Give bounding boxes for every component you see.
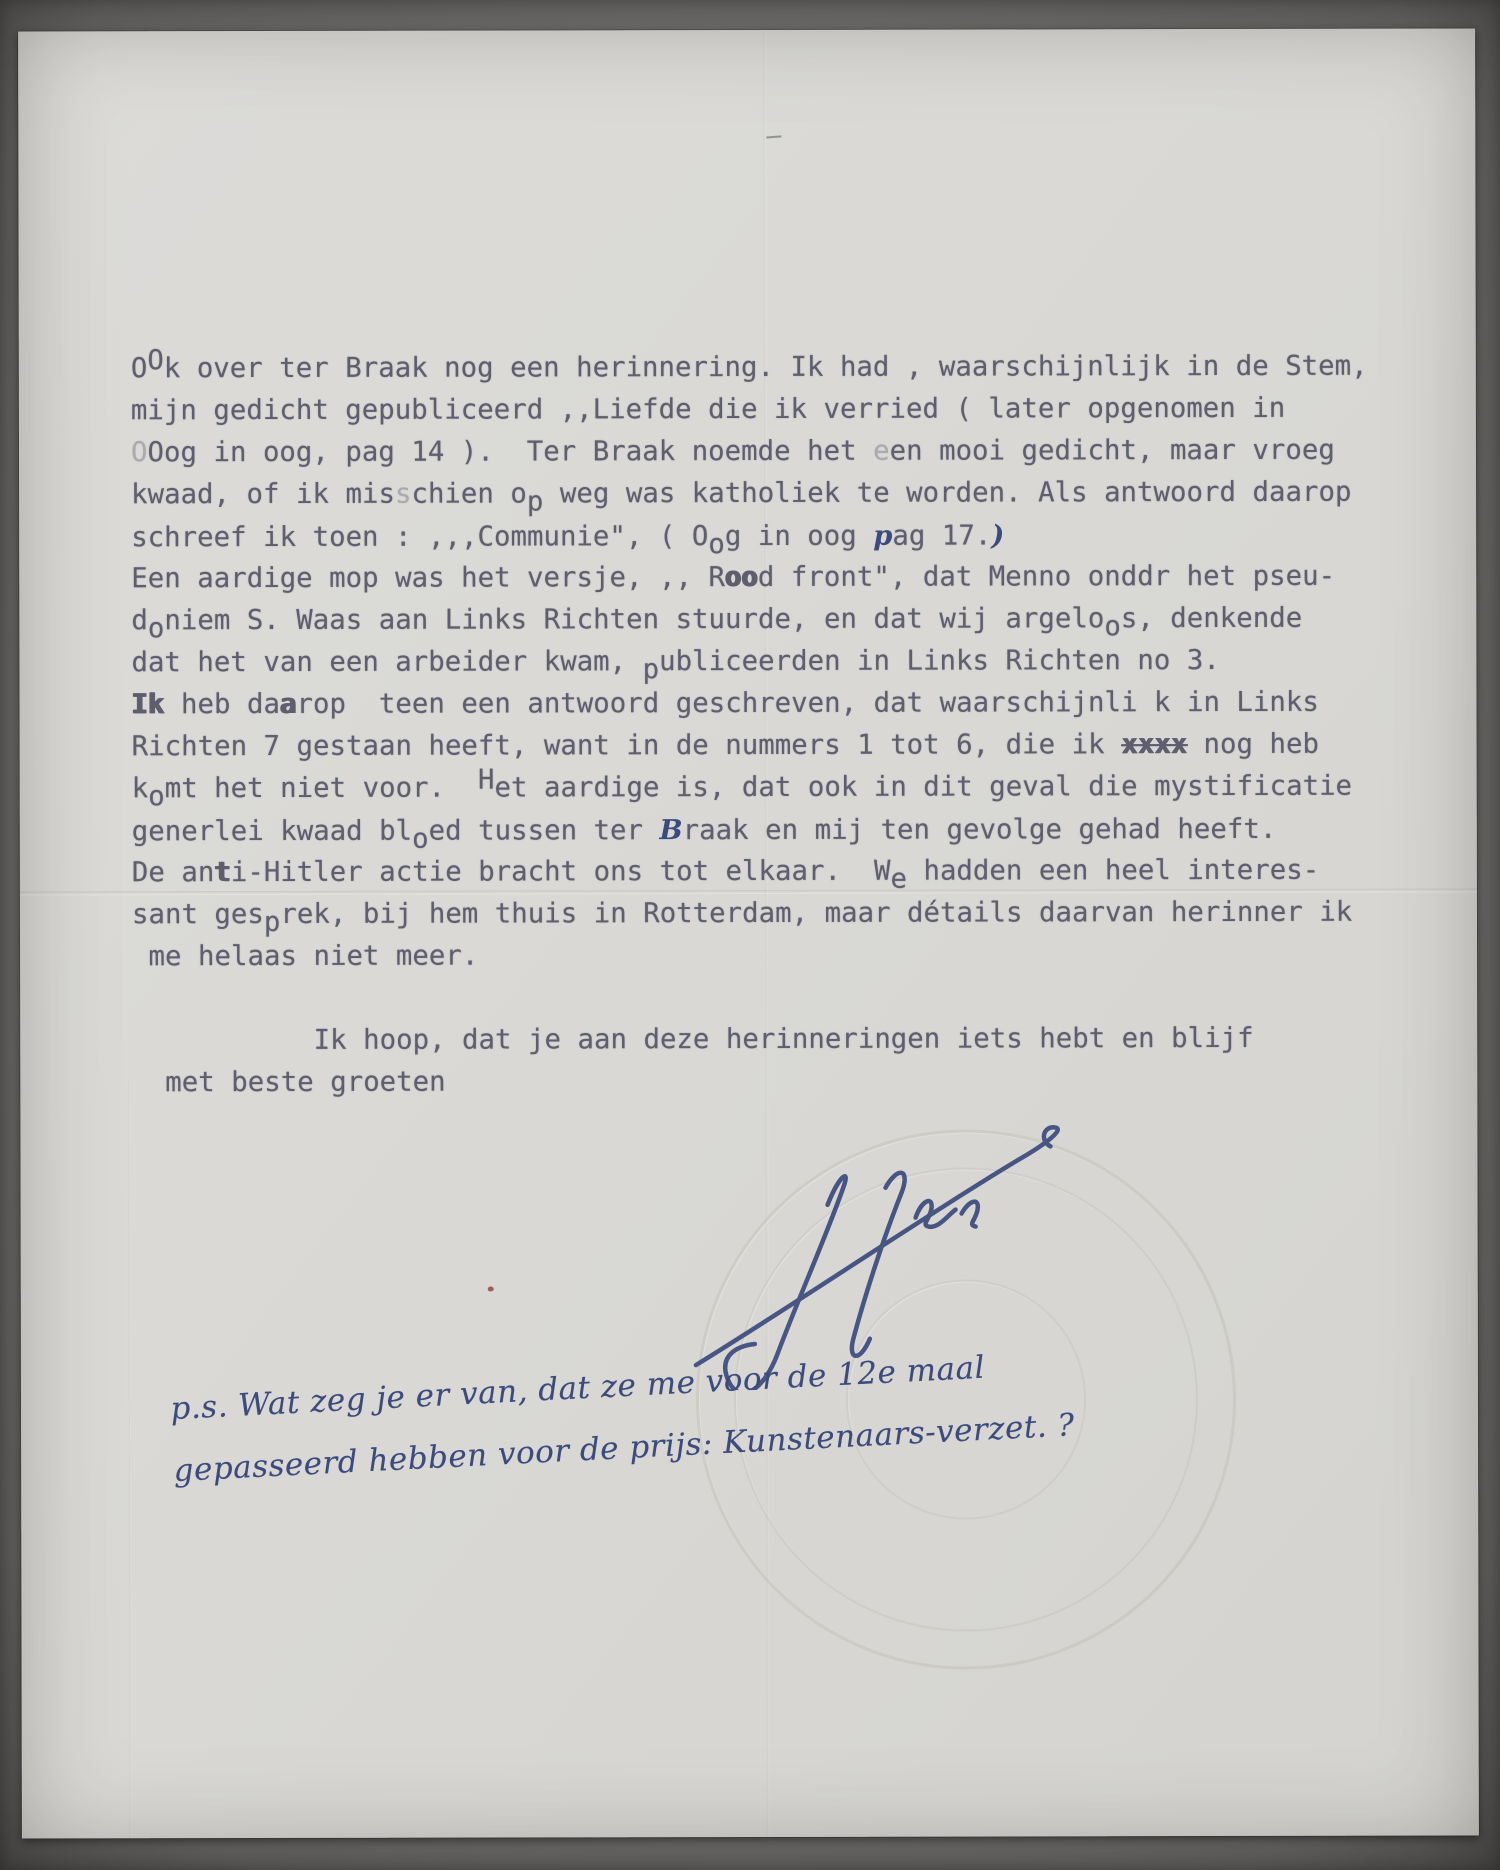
text-line: mijn gedicht gepubliceerd ,,Liefde die i…: [131, 388, 1368, 433]
handwritten-postscript: p.s. Wat zeg je er van, dat ze me voor d…: [169, 1324, 1234, 1502]
text-line: schreef ik toen : ,,,Communie", ( Oog in…: [131, 514, 1368, 559]
letter-closing: Ik hoop, dat je aan deze herinneringen i…: [132, 1018, 1369, 1105]
text-line: Ik hoop, dat je aan deze herinneringen i…: [132, 1018, 1369, 1063]
ink-speck: [488, 1287, 494, 1292]
text-line: me helaas niet meer.: [132, 934, 1369, 979]
text-line: OOk over ter Braak nog een herinnering. …: [131, 346, 1368, 391]
letter-body: OOk over ter Braak nog een herinnering. …: [131, 346, 1369, 1105]
text-line: Een aardige mop was het versje, ,, Rood …: [131, 556, 1368, 601]
letter-page: OOk over ter Braak nog een herinnering. …: [18, 28, 1479, 1838]
text-line: kwaad, of ik misschien op weg was kathol…: [131, 472, 1368, 517]
letter-body-paragraphs: OOk over ter Braak nog een herinnering. …: [131, 346, 1369, 979]
text-line: doniem S. Waas aan Links Richten stuurde…: [131, 598, 1368, 643]
photo-background: OOk over ter Braak nog een herinnering. …: [0, 0, 1500, 1870]
text-line: komt het niet voor. Het aardige is, dat …: [132, 766, 1369, 811]
pencil-mark: [766, 135, 781, 138]
text-line: met beste groeten: [132, 1060, 1369, 1105]
text-line: generlei kwaad bloed tussen ter Braak en…: [132, 808, 1369, 853]
text-line: dat het van een arbeider kwam, publiceer…: [131, 640, 1368, 685]
text-line: Ik heb daarop teen een antwoord geschrev…: [131, 682, 1368, 727]
text-line: Richten 7 gestaan heeft, want in de numm…: [132, 724, 1369, 769]
text-line: sant gesprek, bij hem thuis in Rotterdam…: [132, 892, 1369, 937]
text-line: De anti-Hitler actie bracht ons tot elka…: [132, 850, 1369, 895]
text-line: OOog in oog, pag 14 ). Ter Braak noemde …: [131, 430, 1368, 475]
fold-crease-vertical-left: [128, 1081, 132, 1838]
